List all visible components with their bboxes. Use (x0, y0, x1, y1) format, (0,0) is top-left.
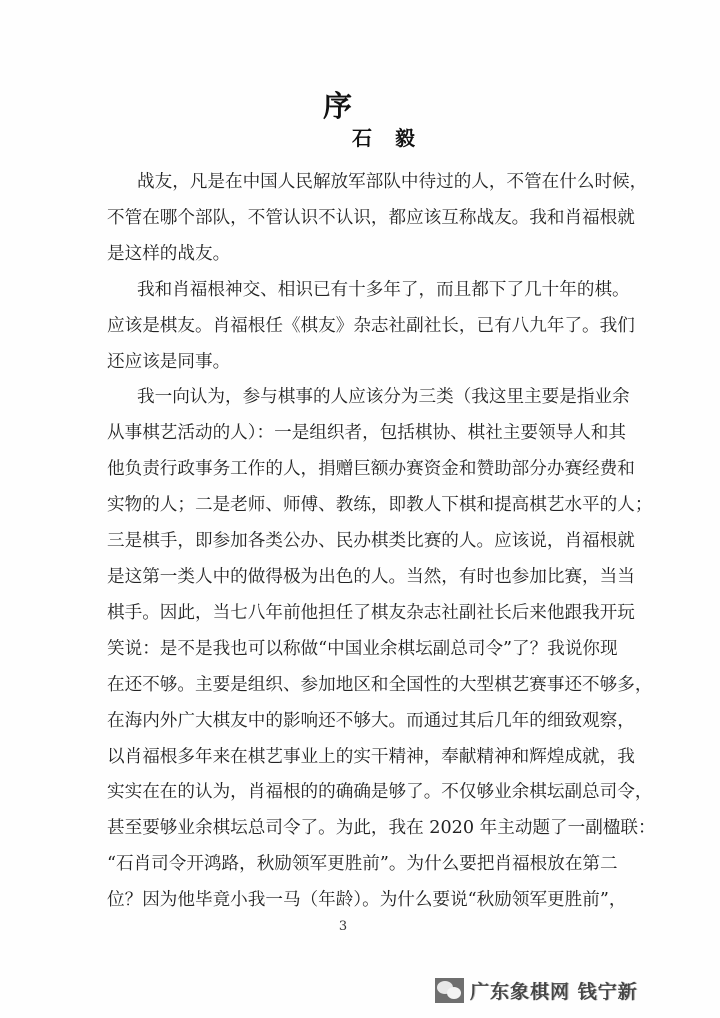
text-line: 笑说：是不是我也可以称做“中国业余棋坛副总司令”了？我说你现 (107, 632, 581, 668)
text-line: 我一向认为，参与棋事的人应该分为三类（我这里主要是指业余 (107, 380, 581, 416)
text-line: 是这第一类人中的做得极为出色的人。当然，有时也参加比赛，当当 (107, 560, 581, 596)
text-line: 不管在哪个部队，不管认识不认识，都应该互称战友。我和肖福根就 (107, 201, 581, 237)
text-line: 应该是棋友。肖福根任《棋友》杂志社副社长，已有八九年了。我们 (107, 309, 581, 345)
paragraph: 我一向认为，参与棋事的人应该分为三类（我这里主要是指业余 从事棋艺活动的人）：一… (107, 380, 581, 919)
author-name: 石 毅 (352, 122, 423, 151)
text-line: 战友，凡是在中国人民解放军部队中待过的人，不管在什么时候， (107, 165, 581, 201)
watermark: 广东象棋网 钱宁新 (435, 977, 638, 1003)
watermark-text: 广东象棋网 钱宁新 (470, 977, 638, 1004)
paragraph: 战友，凡是在中国人民解放军部队中待过的人，不管在什么时候， 不管在哪个部队，不管… (107, 165, 581, 273)
text-line: 还应该是同事。 (107, 345, 581, 381)
text-line: 位？因为他毕竟小我一马（年龄）。为什么要说“秋励领军更胜前”， (107, 883, 581, 919)
wechat-icon (435, 978, 464, 1003)
text-line: 我和肖福根神交、相识已有十多年了，而且都下了几十年的棋。 (107, 273, 581, 309)
text-line: “石肖司令开鸿路，秋励领军更胜前”。为什么要把肖福根放在第二 (107, 847, 581, 883)
text-line: 甚至要够业余棋坛总司令了。为此，我在 2020 年主动题了一副楹联： (107, 811, 581, 847)
text-line: 以肖福根多年来在棋艺事业上的实干精神，奉献精神和辉煌成就，我 (107, 740, 581, 776)
text-line: 在海内外广大棋友中的影响还不够大。而通过其后几年的细致观察， (107, 704, 581, 740)
body-text: 战友，凡是在中国人民解放军部队中待过的人，不管在什么时候， 不管在哪个部队，不管… (107, 165, 581, 919)
document-page: 序 石 毅 战友，凡是在中国人民解放军部队中待过的人，不管在什么时候， 不管在哪… (0, 0, 720, 1018)
text-line: 棋手。因此，当七八年前他担任了棋友杂志社副社长后来他跟我开玩 (107, 596, 581, 632)
paragraph: 我和肖福根神交、相识已有十多年了，而且都下了几十年的棋。 应该是棋友。肖福根任《… (107, 273, 581, 381)
text-line: 他负责行政事务工作的人，捐赠巨额办赛资金和赞助部分办赛经费和 (107, 452, 581, 488)
text-line: 是这样的战友。 (107, 237, 581, 273)
text-line: 在还不够。主要是组织、参加地区和全国性的大型棋艺赛事还不够多， (107, 668, 581, 704)
text-line: 实实在在的认为，肖福根的的确确是够了。不仅够业余棋坛副总司令， (107, 775, 581, 811)
text-line: 从事棋艺活动的人）：一是组织者，包括棋协、棋社主要领导人和其 (107, 416, 581, 452)
page-number: 3 (0, 919, 686, 934)
text-line: 三是棋手，即参加各类公办、民办棋类比赛的人。应该说，肖福根就 (107, 524, 581, 560)
text-line: 实物的人；二是老师、师傅、教练，即教人下棋和提高棋艺水平的人； (107, 488, 581, 524)
page-title: 序 (0, 84, 675, 125)
